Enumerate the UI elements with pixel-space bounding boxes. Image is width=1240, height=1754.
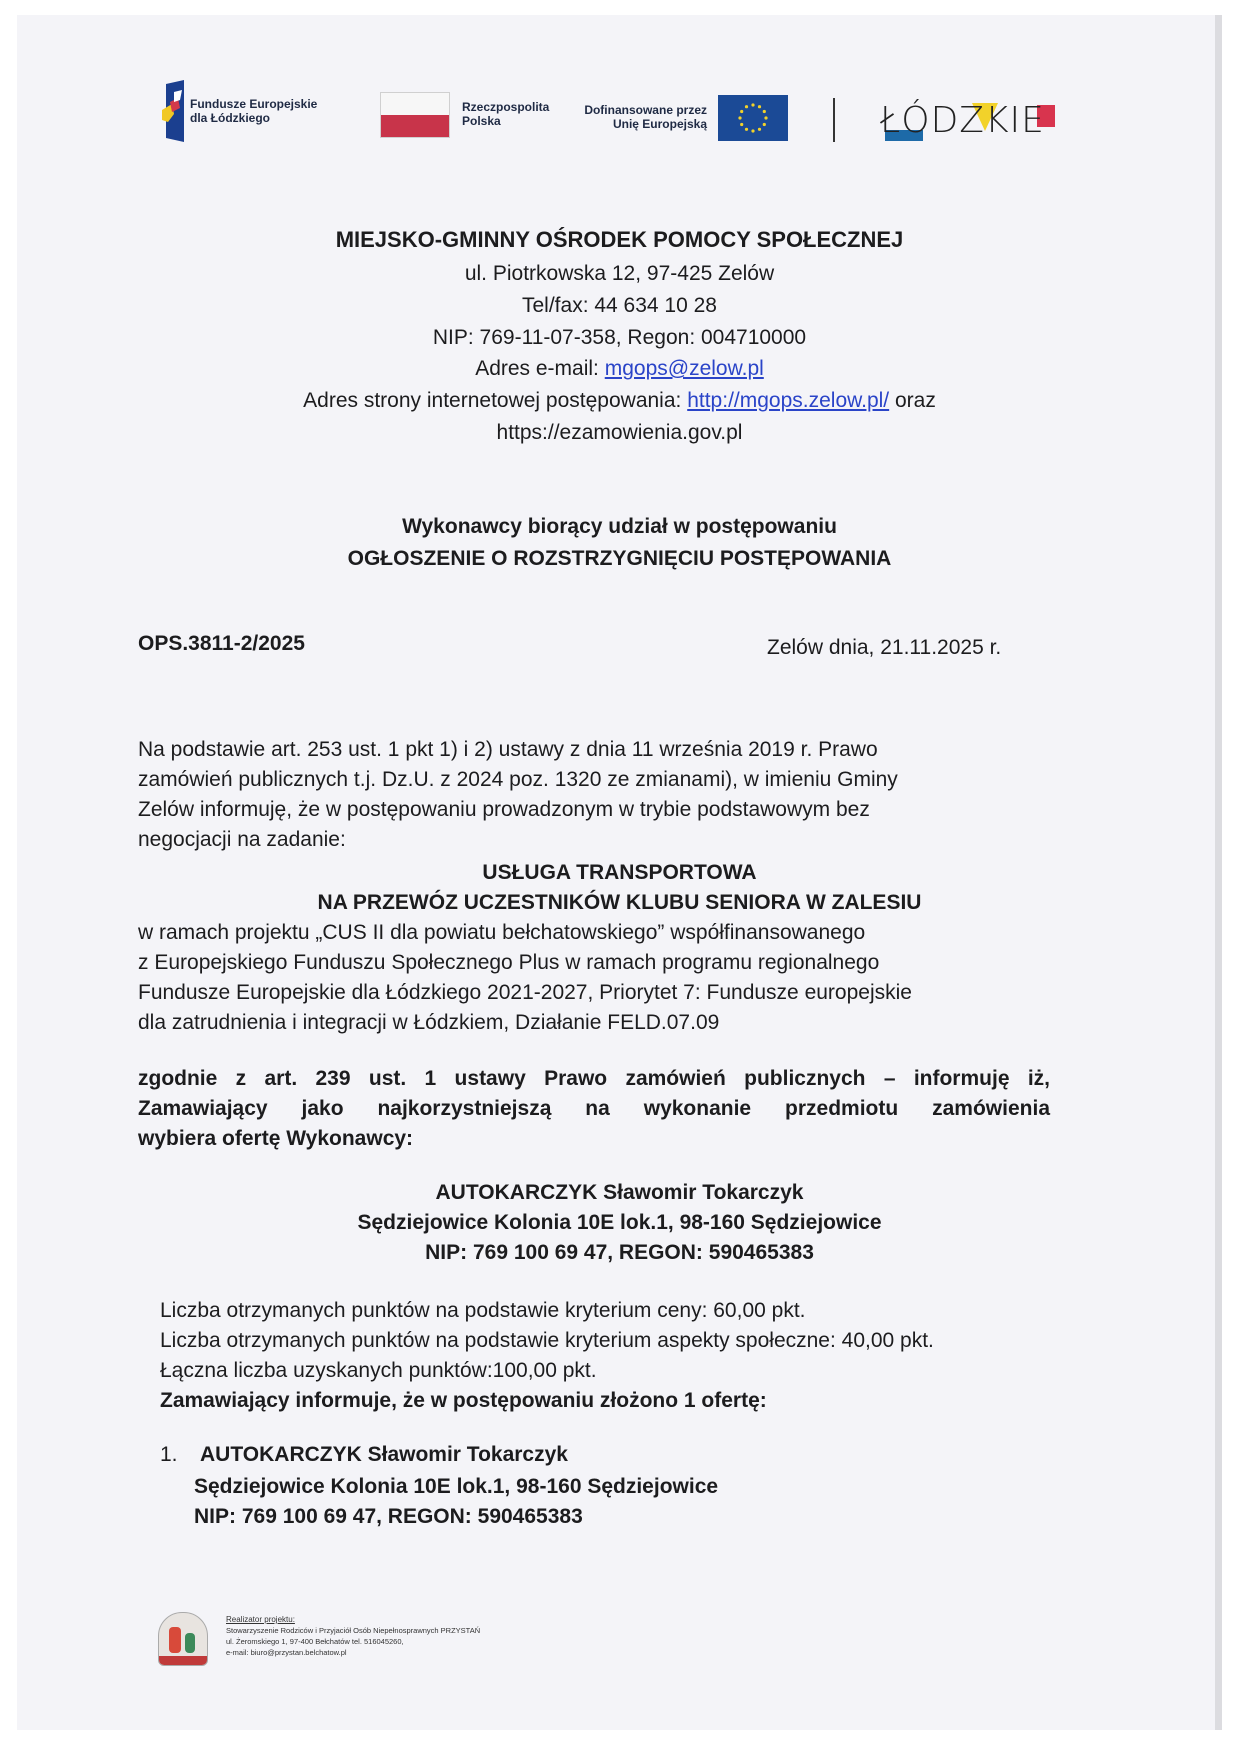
reference-number: OPS.3811-2/2025 xyxy=(138,632,305,656)
offer-item: 1. AUTOKARCZYK Sławomir Tokarczyk xyxy=(160,1440,718,1470)
decision-paragraph: zgodnie z art. 239 ust. 1 ustawy Prawo z… xyxy=(138,1064,1050,1154)
przystan-logo-icon xyxy=(158,1612,208,1666)
ezamowienia-url: https://ezamowienia.gov.pl xyxy=(17,421,1222,445)
lodzkie-logo: ŁÓDZKIE xyxy=(880,100,1045,141)
offers-list: 1. AUTOKARCZYK Sławomir Tokarczyk Sędzie… xyxy=(160,1440,718,1532)
polish-flag-icon xyxy=(380,92,450,138)
offers-summary: Zamawiający informuje, że w postępowaniu… xyxy=(160,1386,934,1416)
website-link[interactable]: http://mgops.zelow.pl/ xyxy=(687,389,889,412)
fe-logo-text: Fundusze Europejskie dla Łódzkiego xyxy=(190,97,317,125)
document-date: Zelów dnia, 21.11.2025 r. xyxy=(767,636,1001,660)
winning-contractor: AUTOKARCZYK Sławomir Tokarczyk Sędziejow… xyxy=(17,1178,1222,1268)
project-paragraph: w ramach projektu „CUS II dla powiatu be… xyxy=(138,918,912,1038)
eu-flag-icon xyxy=(718,95,788,141)
intro-paragraph: Na podstawie art. 253 ust. 1 pkt 1) i 2)… xyxy=(138,735,898,855)
institution-website-line: Adres strony internetowej postępowania: … xyxy=(17,389,1222,413)
institution-address: ul. Piotrkowska 12, 97-425 Zelów xyxy=(17,262,1222,286)
institution-phone: Tel/fax: 44 634 10 28 xyxy=(17,294,1222,318)
document-subtitle: Wykonawcy biorący udział w postępowaniu xyxy=(17,515,1222,539)
email-link[interactable]: mgops@zelow.pl xyxy=(605,357,764,380)
eu-logo-text: Dofinansowane przez Unię Europejską xyxy=(575,103,707,131)
task-title: USŁUGA TRANSPORTOWA NA PRZEWÓZ UCZESTNIK… xyxy=(17,858,1222,918)
project-implementer: Realizator projektu: Stowarzyszenie Rodz… xyxy=(226,1614,480,1658)
rp-logo-text: Rzeczpospolita Polska xyxy=(462,100,549,128)
institution-name: MIEJSKO-GMINNY OŚRODEK POMOCY SPOŁECZNEJ xyxy=(17,227,1222,253)
logo-divider xyxy=(833,98,835,142)
institution-email-line: Adres e-mail: mgops@zelow.pl xyxy=(17,357,1222,381)
scores-list: Liczba otrzymanych punktów na podstawie … xyxy=(160,1296,934,1416)
fundusze-europejskie-logo-icon xyxy=(162,80,184,142)
document-title: OGŁOSZENIE O ROZSTRZYGNIĘCIU POSTĘPOWANI… xyxy=(17,547,1222,571)
institution-ids: NIP: 769-11-07-358, Regon: 004710000 xyxy=(17,326,1222,350)
